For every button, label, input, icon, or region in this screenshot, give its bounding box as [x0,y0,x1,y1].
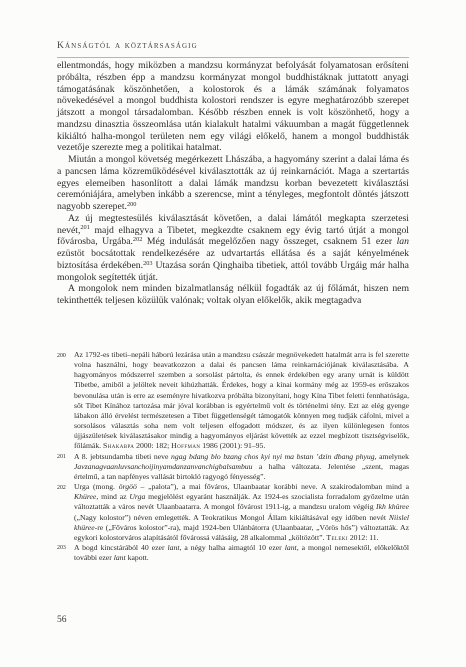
italic-term: lant [168,543,180,552]
running-header: Kánságtól a köztársaságig [57,35,409,58]
page-number: 56 [57,615,67,625]
italic-term: lant [285,543,297,552]
italic-term: Urga [129,492,145,501]
text-run: A bogd kincstárából 40 ezer [74,543,168,552]
text-run: A mongolok nem minden bizalmatlanság nél… [57,283,409,306]
footnote-number: 202 [57,483,66,493]
footnote-number: 200 [57,351,66,361]
body-paragraph: ellentmondás, hogy miközben a mandzsu ko… [57,60,409,154]
text-run: („Nagy kolostor”) néven emlegették. A Te… [74,513,389,522]
text-run: , a négy halha aimagtól 10 ezer [179,543,284,552]
footnote-ref: 203 [143,260,152,267]
body-paragraph: Miután a mongol követség megérkezett Lhá… [57,154,409,213]
text-run: kapott. [126,553,149,562]
footnote-ref: 202 [133,236,142,243]
text-run: ellentmondás, hogy miközben a mandzsu ko… [57,60,409,153]
body-paragraph: Az új megtestesülés kiválasztását követő… [57,213,409,284]
footnote-number: 203 [57,543,66,553]
footnote: 200Az 1792-es tibeti–nepáli háború lezár… [57,350,409,452]
text-run: Miután a mongol követség megérkezett Lhá… [57,154,409,212]
text-run: 1986 (2001): 91–95. [200,441,265,450]
footnote: 203A bogd kincstárából 40 ezer lant, a n… [57,543,409,563]
italic-term: lan [397,236,409,247]
footnote: 202Urga (mong. örgöö – „palota”), a mai … [57,482,409,543]
citation-author: Hoffman [171,441,200,450]
text-run: – „palota”), a mai főváros, Ulaanbaatar … [137,482,409,491]
citation-author: Teleki [326,533,348,542]
footnote: 201A 8. jebtsundamba tibeti neve ngag bd… [57,452,409,482]
body-paragraph: A mongolok nem minden bizalmatlanság nél… [57,283,409,307]
footnote-ref: 200 [127,201,136,208]
citation-author: Shakabpa [103,441,134,450]
text-run: Még indulását megelőzően nagy összeget, … [142,236,396,247]
italic-term: Javzanagvaanluvsanchoijinyamdanzanvanchi… [74,462,253,471]
italic-term: Khüree [74,492,96,501]
running-header-title: Kánságtól a köztársaságig [57,40,198,51]
text-run: 2000: 182; [134,441,171,450]
italic-term: Ikh khüree [376,502,409,511]
text-run: 2012: 11. [348,533,379,542]
body-text: ellentmondás, hogy miközben a mandzsu ko… [57,60,409,307]
book-page: Kánságtól a köztársaságig ellentmondás, … [0,0,466,667]
text-run: Az 1792-es tibeti–nepáli háború lezárása… [74,350,409,450]
italic-term: lant [114,553,126,562]
italic-term: ngag bdang blo bzang chos kyi nyi ma bst… [171,452,375,461]
text-run: A 8. jebtsundamba tibeti neve [74,452,171,461]
text-run: , mind az [96,492,129,501]
footnotes: 200Az 1792-es tibeti–nepáli háború lezár… [57,350,409,563]
footnote-number: 201 [57,452,66,462]
footnote-ref: 201 [80,224,89,231]
text-run: Urga (mong. [74,482,119,491]
italic-term: örgöö [119,482,137,491]
text-run: , amelynek [375,452,409,461]
